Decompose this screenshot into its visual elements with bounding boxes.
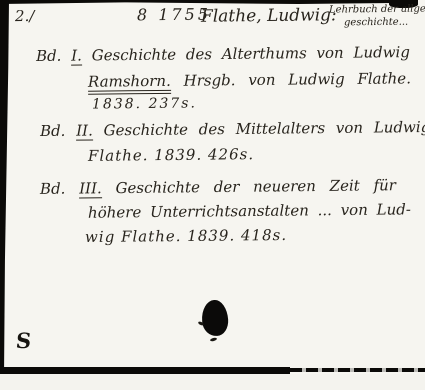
entry3-volume-label: Bd. bbox=[40, 180, 66, 198]
entry3-line1: Bd. III. Geschichte der neueren Zeit für bbox=[40, 176, 396, 198]
entry3-title: Geschichte der neueren Zeit für bbox=[115, 176, 396, 197]
entry1-underlined-name: Ramshorn. bbox=[88, 72, 171, 95]
entry2-title: Geschichte des Mittelalters von Ludwig bbox=[104, 118, 425, 139]
entry1-volume-label: Bd. bbox=[36, 47, 62, 65]
entry2-line2: Flathe. 1839. 426s. bbox=[88, 145, 254, 165]
title-annotation-line2: geschichte... bbox=[344, 17, 408, 29]
entry2-volume-label: Bd. bbox=[40, 122, 66, 140]
catalog-card-scan: 2./ 8 1755 Flathe, Ludwig: Lehrbuch der … bbox=[0, 0, 425, 390]
ink-blot bbox=[201, 299, 229, 337]
shelf-letter: S bbox=[15, 328, 33, 353]
entry1-line3: 1838. 237s. bbox=[92, 95, 197, 112]
scan-edge-left bbox=[0, 0, 9, 372]
entry1-line2: Ramshorn. Hrsgb. von Ludwig Flathe. bbox=[88, 69, 411, 90]
entry1-volume-numeral: I. bbox=[71, 46, 82, 65]
entry3-line3: wig Flathe. 1839. 418s. bbox=[85, 226, 287, 246]
entry1-line1: Bd. I. Geschichte des Alterthums von Lud… bbox=[36, 43, 410, 65]
ink-speck bbox=[210, 337, 218, 342]
entry2-line1: Bd. II. Geschichte des Mittelalters von … bbox=[40, 118, 425, 140]
author-heading: Flathe, Ludwig: bbox=[201, 5, 337, 26]
entry3-line2: höhere Unterrichtsanstalten ... von Lud- bbox=[88, 200, 411, 221]
entry1-title: Geschichte des Alterthums von Ludwig bbox=[92, 43, 410, 64]
scan-edge-bottom bbox=[0, 367, 290, 374]
entry2-volume-numeral: II. bbox=[76, 121, 93, 140]
entry3-volume-numeral: III. bbox=[79, 179, 102, 198]
scan-margin-bottom bbox=[0, 374, 425, 390]
card-number: 2./ bbox=[15, 7, 35, 25]
scan-edge-bottom-dashed bbox=[290, 368, 425, 372]
entry1-editor-note: Hrsgb. von Ludwig Flathe. bbox=[183, 69, 411, 89]
title-annotation-line1: Lehrbuch der allgem. bbox=[329, 3, 425, 15]
